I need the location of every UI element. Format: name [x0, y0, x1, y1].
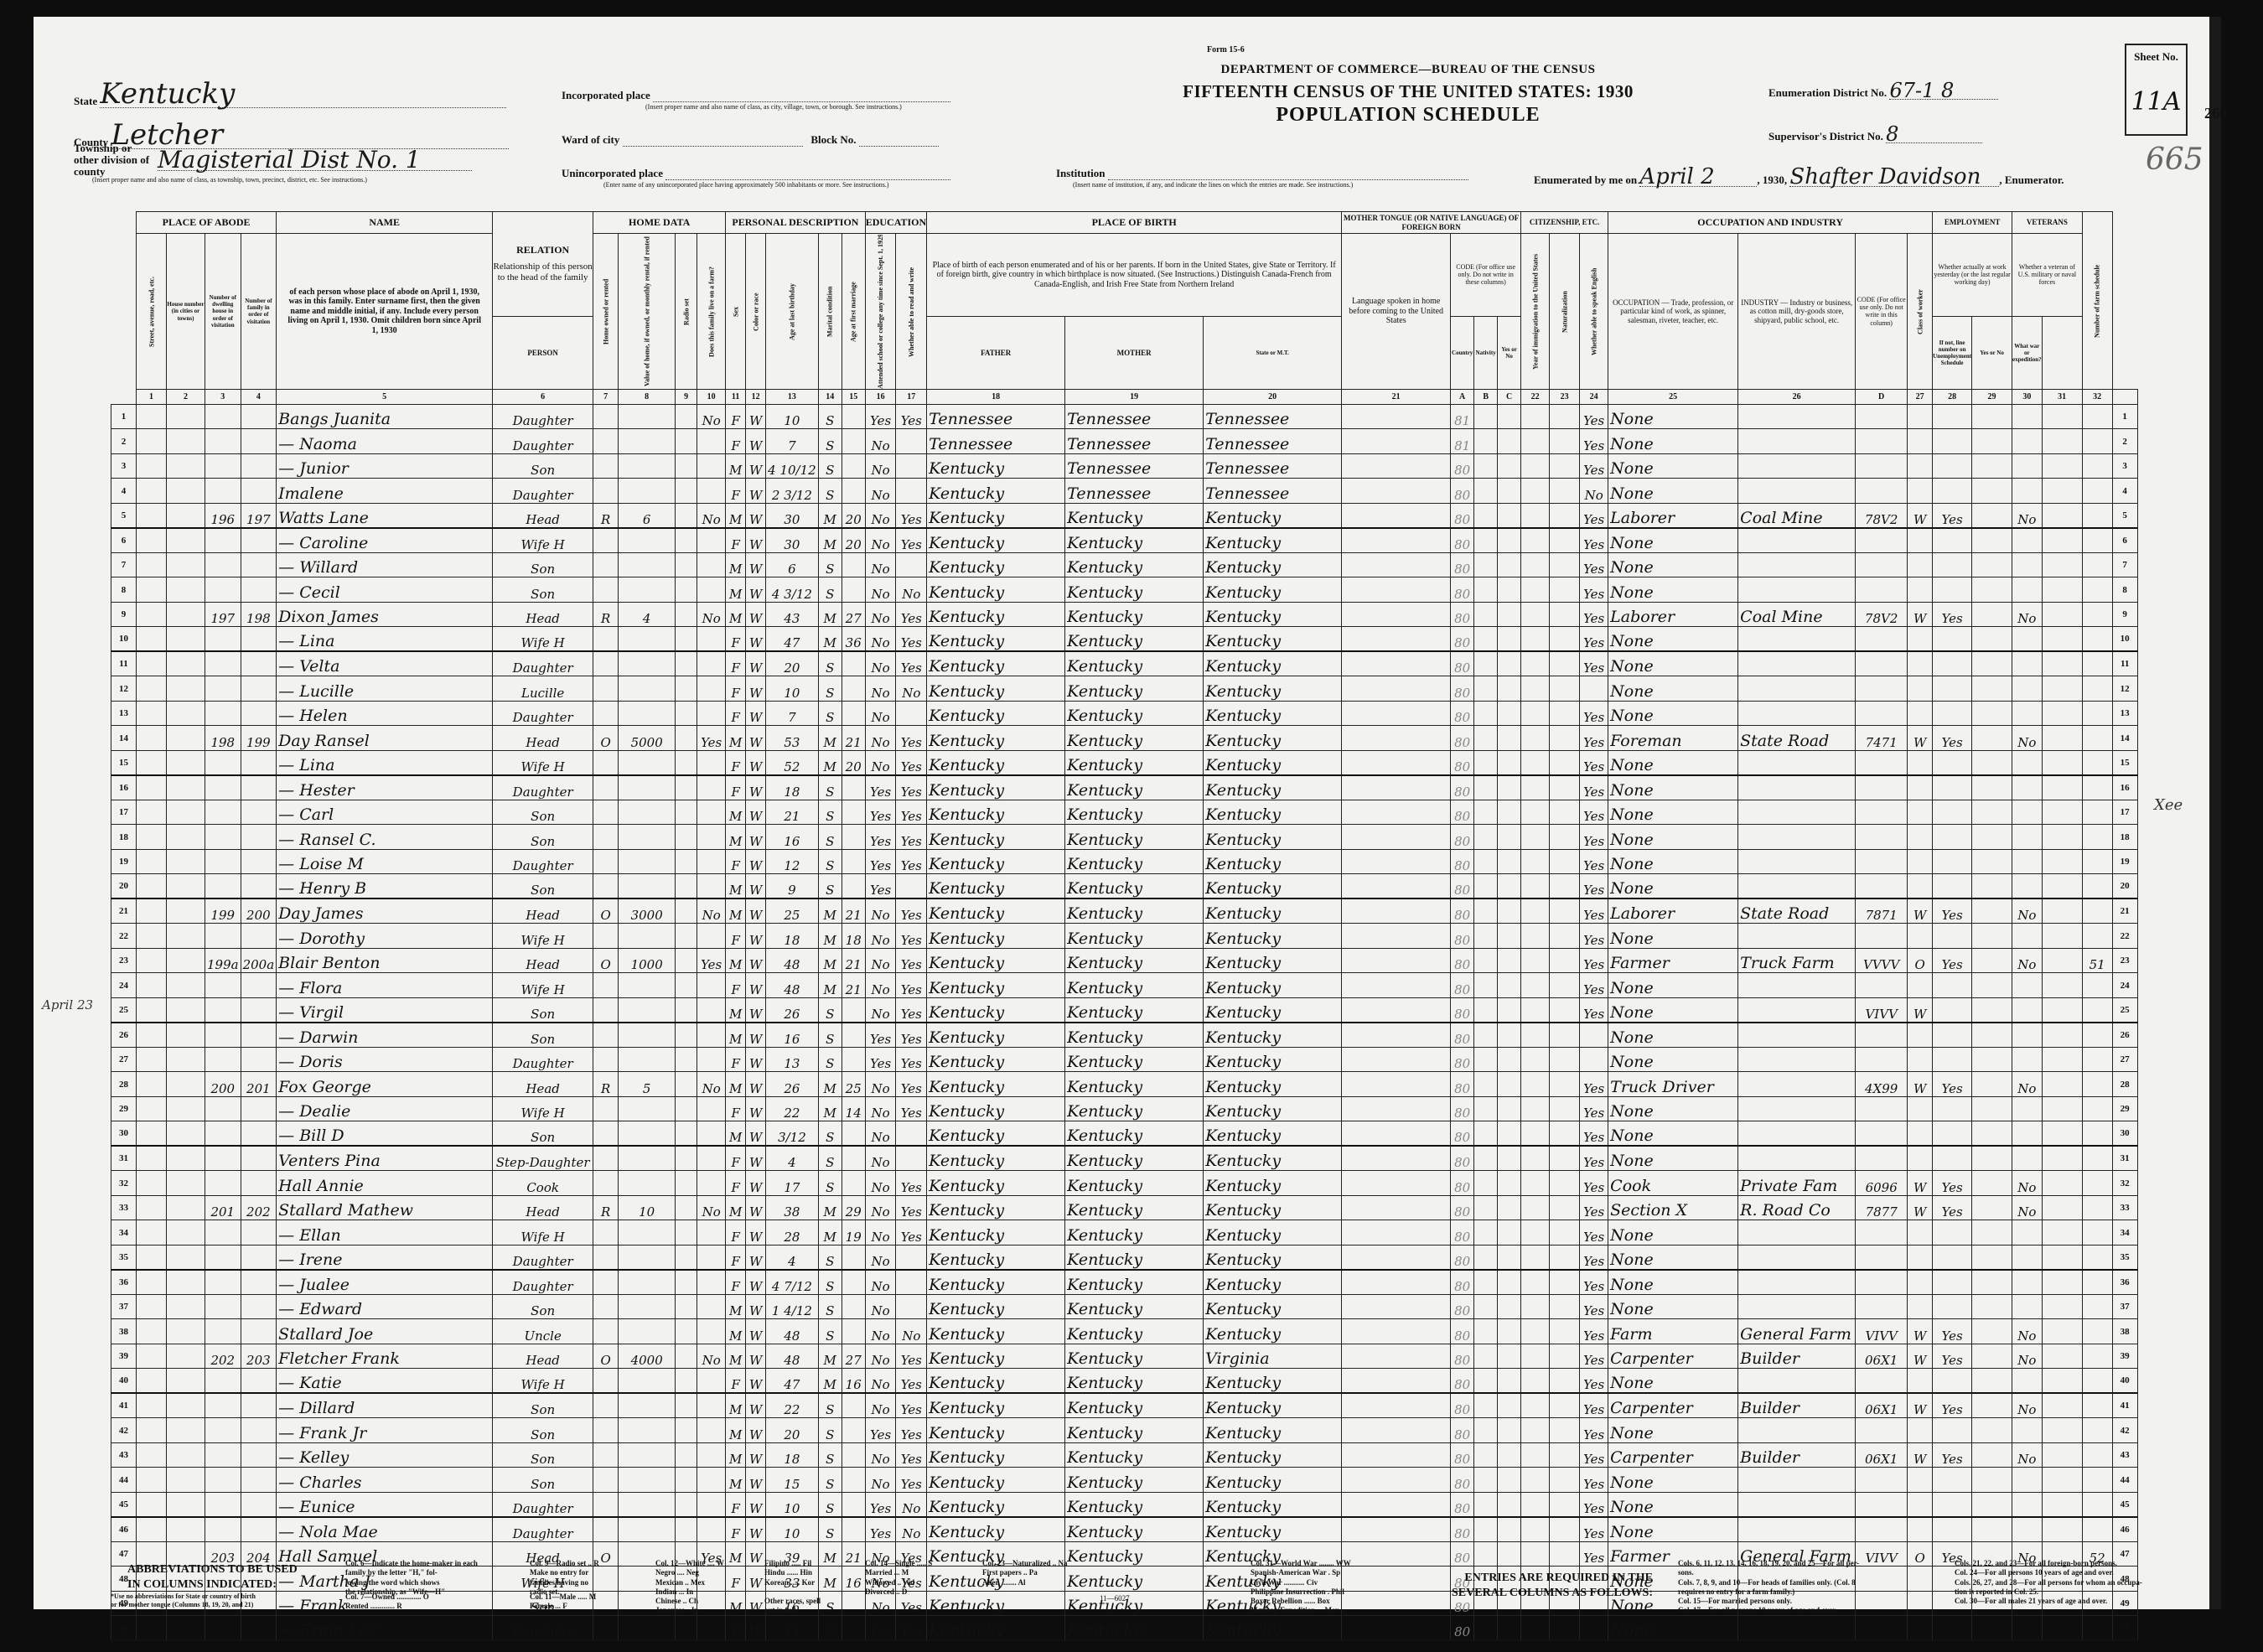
- cell-radio: [676, 973, 697, 998]
- cell-dw: 198: [205, 726, 241, 751]
- cell-codeB: [1474, 1616, 1498, 1641]
- cell-rel: Daughter: [493, 701, 593, 726]
- cell-sex: F: [726, 627, 746, 652]
- cell-farmno: [2082, 849, 2112, 874]
- cell-work: [1933, 479, 1972, 504]
- cell-dw: [205, 528, 241, 553]
- cell-agem: [842, 1270, 865, 1295]
- cell-bpm: Kentucky: [1204, 627, 1342, 652]
- cell-sex: F: [726, 1369, 746, 1394]
- cell-name: — Kelley: [277, 1442, 493, 1468]
- cell-codeD: [1856, 973, 1908, 998]
- cell-work: [1933, 1294, 1972, 1319]
- cell-own: [593, 479, 619, 504]
- column-number: 12: [746, 389, 766, 404]
- cell-read: Yes: [896, 1171, 927, 1196]
- cell-sch: No: [865, 429, 896, 454]
- cell-age: 18: [766, 1442, 819, 1468]
- cell-own: [593, 651, 619, 676]
- cell-codeD: [1856, 1121, 1908, 1147]
- cell-codeB: [1474, 1344, 1498, 1369]
- cell-race: W: [746, 627, 766, 652]
- cell-age: 47: [766, 627, 819, 652]
- cell-nat: [1550, 404, 1580, 429]
- cell-age: 18: [766, 924, 819, 949]
- cell-age: 48: [766, 973, 819, 998]
- line-number-right: 35: [2112, 1245, 2137, 1270]
- sheet-number-box: Sheet No. 11A: [2125, 44, 2188, 136]
- column-number: 24: [1580, 389, 1608, 404]
- line-number: 38: [111, 1319, 137, 1344]
- incorporated-note: (Insert proper name and also name of cla…: [645, 103, 902, 111]
- cell-read: Yes: [896, 404, 927, 429]
- cell-codeA: 80: [1451, 1220, 1474, 1245]
- cell-house: [167, 1616, 205, 1641]
- cell-ind: [1738, 997, 1856, 1023]
- census-rows: 1Bangs JuanitaDaughterNoFW10SYesYesTenne…: [111, 404, 2138, 1640]
- cell-age: 16: [766, 1023, 819, 1048]
- cell-val: [619, 1442, 676, 1468]
- cell-read: [896, 552, 927, 577]
- cell-dw: 199: [205, 899, 241, 924]
- cell-nat: [1550, 602, 1580, 627]
- cell-radio: [676, 1146, 697, 1171]
- cell-mar: S: [818, 1418, 842, 1443]
- cell-house: [167, 775, 205, 800]
- cell-eng: Yes: [1580, 1195, 1608, 1220]
- cell-bp: Kentucky: [927, 775, 1065, 800]
- header-c19: FATHER: [927, 316, 1065, 389]
- cell-eng: Yes: [1580, 825, 1608, 850]
- cell-street: [137, 1418, 167, 1443]
- cell-unemp: [1972, 1220, 2012, 1245]
- cell-codeB: [1474, 602, 1498, 627]
- cell-imm: [1521, 800, 1550, 825]
- cell-lang: [1342, 1393, 1451, 1418]
- cell-radio: [676, 1369, 697, 1394]
- cell-fam: [241, 1393, 277, 1418]
- cell-codeA: 80: [1451, 750, 1474, 775]
- cell-bpf: Kentucky: [1065, 1146, 1204, 1171]
- cell-farm: [697, 800, 726, 825]
- cell-vet: [2012, 453, 2043, 479]
- cell-house: [167, 627, 205, 652]
- cell-farmno: [2082, 1270, 2112, 1295]
- cell-bp: Kentucky: [927, 948, 1065, 973]
- cell-rel: Daughter: [493, 479, 593, 504]
- column-number: 18: [927, 389, 1065, 404]
- header-c28: Yes or No: [1498, 316, 1521, 389]
- cell-work: [1933, 973, 1972, 998]
- cell-dw: [205, 1616, 241, 1641]
- cell-ind: Builder: [1738, 1442, 1856, 1468]
- cell-codeB: [1474, 1294, 1498, 1319]
- cell-nat: [1550, 899, 1580, 924]
- cell-age: 28: [766, 1220, 819, 1245]
- cell-ind: [1738, 800, 1856, 825]
- line-number: 6: [111, 528, 137, 553]
- cell-name: — Lina: [277, 627, 493, 652]
- cell-codeD: 06X1: [1856, 1344, 1908, 1369]
- header-code-a: State or M.T.: [1204, 316, 1342, 389]
- cell-eng: Yes: [1580, 1294, 1608, 1319]
- cell-vet: No: [2012, 948, 2043, 973]
- cell-val: [619, 1492, 676, 1517]
- cell-occ: None: [1608, 1270, 1738, 1295]
- cell-age: 43: [766, 602, 819, 627]
- cell-occ: None: [1608, 1369, 1738, 1394]
- line-number-right: 19: [2112, 849, 2137, 874]
- cell-sch: No: [865, 1121, 896, 1147]
- cell-eng: Yes: [1580, 404, 1608, 429]
- cell-farmno: [2082, 453, 2112, 479]
- cell-rel: Son: [493, 1468, 593, 1493]
- cell-bpm: Kentucky: [1204, 528, 1342, 553]
- cell-sch: No: [865, 577, 896, 603]
- cell-street: [137, 1270, 167, 1295]
- cell-vet: No: [2012, 1195, 2043, 1220]
- cell-eng: Yes: [1580, 552, 1608, 577]
- cell-rel: Step-Daughter: [493, 1146, 593, 1171]
- cell-sch: Yes: [865, 800, 896, 825]
- enumeration-district-field: Enumeration District No. 67-1 8: [1768, 75, 1998, 100]
- cell-occ: None: [1608, 404, 1738, 429]
- cell-work: [1933, 676, 1972, 702]
- cell-lang: [1342, 1220, 1451, 1245]
- cell-war: [2042, 1023, 2082, 1048]
- cell-ind: General Farm: [1738, 1319, 1856, 1344]
- cell-read: Yes: [896, 528, 927, 553]
- cell-radio: [676, 1096, 697, 1121]
- cell-ind: [1738, 528, 1856, 553]
- line-number-right: 37: [2112, 1294, 2137, 1319]
- cell-race: W: [746, 1220, 766, 1245]
- column-number: B: [1474, 389, 1498, 404]
- cell-read: Yes: [896, 1195, 927, 1220]
- cell-val: [619, 651, 676, 676]
- cell-imm: [1521, 1121, 1550, 1147]
- cell-codeC: [1498, 973, 1521, 998]
- cell-ind: Coal Mine: [1738, 602, 1856, 627]
- cell-codeD: [1856, 627, 1908, 652]
- cell-age: 7: [766, 701, 819, 726]
- cell-race: W: [746, 503, 766, 528]
- cell-farm: No: [697, 1195, 726, 1220]
- cell-codeB: [1474, 479, 1498, 504]
- cell-sex: M: [726, 1418, 746, 1443]
- cell-codeD: 06X1: [1856, 1442, 1908, 1468]
- cell-val: [619, 775, 676, 800]
- header-c22: Year of immigration to the United States: [1521, 234, 1550, 390]
- cell-radio: [676, 528, 697, 553]
- cell-imm: [1521, 1468, 1550, 1493]
- cell-mar: S: [818, 1517, 842, 1542]
- cell-fam: 203: [241, 1344, 277, 1369]
- cell-farmno: [2082, 651, 2112, 676]
- cell-house: [167, 997, 205, 1023]
- cell-age: 13: [766, 1047, 819, 1072]
- cell-agem: 21: [842, 726, 865, 751]
- cell-mar: S: [818, 1146, 842, 1171]
- cell-lang: [1342, 627, 1451, 652]
- line-number-right: 7: [2112, 552, 2137, 577]
- cell-dw: [205, 1393, 241, 1418]
- cell-nat: [1550, 479, 1580, 504]
- header-c12: Color or race: [746, 234, 766, 390]
- cell-occ: None: [1608, 701, 1738, 726]
- cell-work: [1933, 1468, 1972, 1493]
- cell-name: Watts Lane: [277, 503, 493, 528]
- cell-cls: [1908, 849, 1933, 874]
- cell-imm: [1521, 453, 1550, 479]
- line-number: 5: [111, 503, 137, 528]
- cell-vet: No: [2012, 726, 2043, 751]
- cell-ind: [1738, 479, 1856, 504]
- cell-own: [593, 1121, 619, 1147]
- cell-fam: [241, 1047, 277, 1072]
- column-number: 15: [842, 389, 865, 404]
- cell-age: 18: [766, 775, 819, 800]
- cell-imm: [1521, 1492, 1550, 1517]
- cell-house: [167, 1369, 205, 1394]
- census-row: 3— JuniorSonMW4 10/12SNoKentuckyTennesse…: [111, 453, 2138, 479]
- line-number: 14: [111, 726, 137, 751]
- cell-sch: No: [865, 1195, 896, 1220]
- cell-war: [2042, 1121, 2082, 1147]
- cell-bp: Kentucky: [927, 1121, 1065, 1147]
- cell-mar: S: [818, 1171, 842, 1196]
- cell-sex: M: [726, 948, 746, 973]
- cell-cls: [1908, 1369, 1933, 1394]
- cell-codeD: 7877: [1856, 1195, 1908, 1220]
- cell-sch: No: [865, 528, 896, 553]
- cell-codeD: [1856, 750, 1908, 775]
- cell-age: 30: [766, 528, 819, 553]
- page-stamp: 260: [2204, 105, 2227, 122]
- cell-work: [1933, 552, 1972, 577]
- cell-race: W: [746, 1418, 766, 1443]
- cell-unemp: [1972, 1171, 2012, 1196]
- cell-race: W: [746, 1245, 766, 1270]
- cell-bpm: Kentucky: [1204, 1245, 1342, 1270]
- cell-street: [137, 1517, 167, 1542]
- cell-race: W: [746, 1171, 766, 1196]
- cell-house: [167, 479, 205, 504]
- cell-codeB: [1474, 1369, 1498, 1394]
- cell-farmno: [2082, 726, 2112, 751]
- cell-unemp: [1972, 1369, 2012, 1394]
- cell-race: W: [746, 1047, 766, 1072]
- line-number: 2: [111, 429, 137, 454]
- cell-house: [167, 849, 205, 874]
- cell-farmno: [2082, 1517, 2112, 1542]
- line-number-right: 40: [2112, 1369, 2137, 1394]
- cell-farmno: [2082, 1418, 2112, 1443]
- enumerator-name: Shafter Davidson: [1789, 164, 1981, 189]
- cell-codeD: [1856, 676, 1908, 702]
- cell-own: [593, 627, 619, 652]
- cell-name: — Doris: [277, 1047, 493, 1072]
- cell-mar: M: [818, 1344, 842, 1369]
- cell-vet: [2012, 1468, 2043, 1493]
- township-note: (Insert proper name and also name of cla…: [92, 176, 367, 184]
- cell-vet: [2012, 701, 2043, 726]
- cell-race: W: [746, 997, 766, 1023]
- cell-sch: No: [865, 1442, 896, 1468]
- cell-mar: M: [818, 1072, 842, 1097]
- cell-val: [619, 1146, 676, 1171]
- cell-war: [2042, 1245, 2082, 1270]
- line-number: 40: [111, 1369, 137, 1394]
- census-row: 20— Henry BSonMW9SYesKentuckyKentuckyKen…: [111, 874, 2138, 899]
- cell-own: [593, 552, 619, 577]
- cell-lang: [1342, 577, 1451, 603]
- line-number-right: 45: [2112, 1492, 2137, 1517]
- cell-nat: [1550, 726, 1580, 751]
- cell-agem: 27: [842, 1344, 865, 1369]
- cell-vet: [2012, 775, 2043, 800]
- cell-occ: None: [1608, 1096, 1738, 1121]
- cell-occ: None: [1608, 453, 1738, 479]
- cell-codeC: [1498, 1517, 1521, 1542]
- schedule-title: POPULATION SCHEDULE: [1190, 104, 1626, 127]
- population-table: PLACE OF ABODE NAME RELATIONRelationship…: [111, 211, 2138, 1641]
- cell-sex: F: [726, 775, 746, 800]
- cell-work: Yes: [1933, 1344, 1972, 1369]
- cell-codeD: [1856, 577, 1908, 603]
- census-row: 5196197Watts LaneHeadR6NoMW30M20NoYesKen…: [111, 503, 2138, 528]
- cell-farm: [697, 1369, 726, 1394]
- cell-cls: [1908, 1468, 1933, 1493]
- cell-fam: [241, 1096, 277, 1121]
- cell-eng: Yes: [1580, 1096, 1608, 1121]
- cell-nat: [1550, 1146, 1580, 1171]
- cell-own: [593, 528, 619, 553]
- cell-codeC: [1498, 429, 1521, 454]
- line-number: 30: [111, 1121, 137, 1147]
- cell-sex: M: [726, 1442, 746, 1468]
- cell-bpf: Kentucky: [1065, 1344, 1204, 1369]
- cell-agem: 20: [842, 528, 865, 553]
- cell-imm: [1521, 899, 1550, 924]
- cell-mar: M: [818, 726, 842, 751]
- cell-war: [2042, 1047, 2082, 1072]
- cell-unemp: [1972, 602, 2012, 627]
- cell-sex: F: [726, 1146, 746, 1171]
- cell-codeB: [1474, 825, 1498, 850]
- cell-nat: [1550, 1121, 1580, 1147]
- cell-dw: 199a: [205, 948, 241, 973]
- cell-occ: Truck Driver: [1608, 1072, 1738, 1097]
- cell-occ: None: [1608, 825, 1738, 850]
- cell-bp: Tennessee: [927, 404, 1065, 429]
- cell-bpm: Kentucky: [1204, 973, 1342, 998]
- cell-lang: [1342, 1047, 1451, 1072]
- cell-cls: W: [1908, 1442, 1933, 1468]
- cell-age: 21: [766, 800, 819, 825]
- header-c11: Sex: [726, 234, 746, 390]
- cell-sch: Yes: [865, 1023, 896, 1048]
- cell-unemp: [1972, 1492, 2012, 1517]
- cell-rel: Daughter: [493, 1517, 593, 1542]
- cell-lang: [1342, 874, 1451, 899]
- sheet-label: Sheet No.: [2126, 50, 2186, 64]
- line-number: 23: [111, 948, 137, 973]
- cell-street: [137, 676, 167, 702]
- cell-farmno: [2082, 750, 2112, 775]
- cell-codeB: [1474, 453, 1498, 479]
- cell-farm: [697, 1442, 726, 1468]
- cell-sex: F: [726, 1492, 746, 1517]
- cell-imm: [1521, 479, 1550, 504]
- cell-bpm: Kentucky: [1204, 1072, 1342, 1097]
- cell-house: [167, 577, 205, 603]
- cell-mar: S: [818, 874, 842, 899]
- cell-radio: [676, 948, 697, 973]
- cell-read: Yes: [896, 627, 927, 652]
- cell-street: [137, 1492, 167, 1517]
- cell-unemp: [1972, 1294, 2012, 1319]
- cell-street: [137, 627, 167, 652]
- census-row: 12— LucilleLucilleFW10SNoNoKentuckyKentu…: [111, 676, 2138, 702]
- cell-read: Yes: [896, 997, 927, 1023]
- cell-house: [167, 1344, 205, 1369]
- cell-lang: [1342, 849, 1451, 874]
- cell-codeB: [1474, 800, 1498, 825]
- cell-own: [593, 800, 619, 825]
- abbrev-col9: Col. 9—Radio set .. R Make no entry for …: [530, 1559, 599, 1597]
- cell-dw: [205, 1096, 241, 1121]
- cell-occ: Cook: [1608, 1171, 1738, 1196]
- cell-work: [1933, 1270, 1972, 1295]
- cell-codeC: [1498, 1319, 1521, 1344]
- cell-street: [137, 651, 167, 676]
- cell-bp: Kentucky: [927, 1468, 1065, 1493]
- column-number: 28: [1933, 389, 1972, 404]
- cell-house: [167, 726, 205, 751]
- cell-house: [167, 1245, 205, 1270]
- cell-dw: [205, 1023, 241, 1048]
- cell-name: — Katie: [277, 1369, 493, 1394]
- state-value: Kentucky: [100, 77, 235, 111]
- cell-lang: [1342, 1492, 1451, 1517]
- census-row: 23199a200aBlair BentonHeadO1000YesMW48M2…: [111, 948, 2138, 973]
- cell-sch: Yes: [865, 1492, 896, 1517]
- cell-rel: Daughter: [493, 429, 593, 454]
- census-row: 25— VirgilSonMW26SNoYesKentuckyKentuckyK…: [111, 997, 2138, 1023]
- cell-farmno: [2082, 1393, 2112, 1418]
- cell-vet: [2012, 429, 2043, 454]
- cell-bpf: Tennessee: [1065, 404, 1204, 429]
- cell-codeA: 80: [1451, 701, 1474, 726]
- cell-mar: S: [818, 800, 842, 825]
- group-citizenship: CITIZENSHIP, ETC.: [1521, 212, 1608, 234]
- cell-name: Day Ransel: [277, 726, 493, 751]
- cell-codeC: [1498, 750, 1521, 775]
- cell-vet: No: [2012, 503, 2043, 528]
- cell-sch: No: [865, 1171, 896, 1196]
- cell-own: [593, 1393, 619, 1418]
- cell-cls: [1908, 552, 1933, 577]
- line-number: 29: [111, 1096, 137, 1121]
- cell-read: [896, 1245, 927, 1270]
- abbrev-col12-a: Col. 12—White .... W Negro .... Neg Mexi…: [655, 1559, 724, 1616]
- cell-agem: [842, 404, 865, 429]
- census-row: 43— KelleySonMW18SNoYesKentuckyKentuckyK…: [111, 1442, 2138, 1468]
- cell-rel: Daughter: [493, 1492, 593, 1517]
- cell-codeB: [1474, 1023, 1498, 1048]
- cell-codeB: [1474, 750, 1498, 775]
